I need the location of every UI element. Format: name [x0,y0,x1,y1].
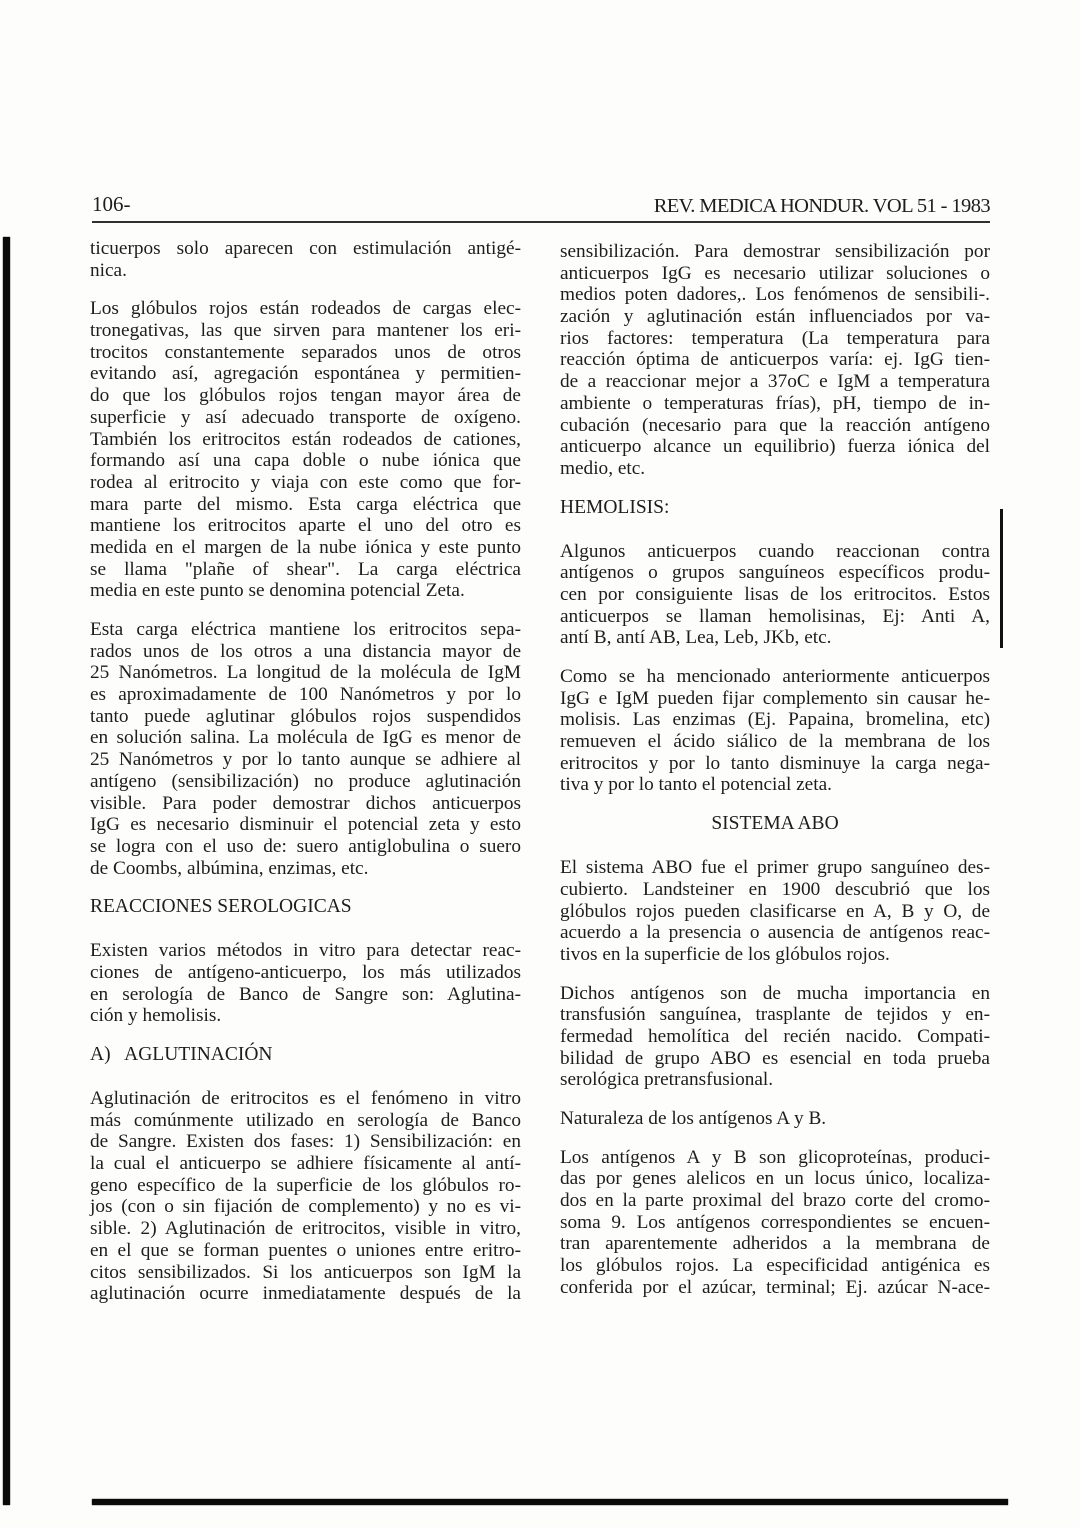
text-line: glóbulos rojos pueden clasificarse en A,… [560,901,990,923]
text-line: ciones de antígeno-anticuerpo, los más u… [90,962,521,984]
text-line: Algunos anticuerpos cuando reaccionan co… [560,541,990,563]
text-line: anticuerpo alcance un equilibrio) fuerza… [560,436,990,458]
text-line: más comúnmente utilizado en serología de… [90,1110,521,1132]
text-line: fermedad hemolítica del recién nacido. C… [560,1026,990,1048]
text-line: rios factores: temperatura (La temperatu… [560,328,990,350]
text-line: mantiene los eritrocitos aparte el uno d… [90,515,521,537]
text-line: ticuerpos solo aparecen con estimulación… [90,238,521,260]
text-line: zación y aglutinación están influenciado… [560,306,990,328]
text-line: en solución salina. La molécula de IgG e… [90,727,521,749]
text-line: remueven el ácido siálico de la membrana… [560,731,990,753]
text-line: de a reaccionar mejor a 37oC e IgM a tem… [560,371,990,393]
text-line: geno específico de la superficie de los … [90,1175,521,1197]
text-line: tronegativas, las que sirven para manten… [90,320,521,342]
text-line: reacción óptima de anticuerpos varía: ej… [560,349,990,371]
text-line: medios poten dadores,. Los fenómenos de … [560,284,990,306]
text-line: visible. Para poder demostrar dichos ant… [90,793,521,815]
text-line: es aproximadamente de 100 Nanómetros y p… [90,684,521,706]
text-line: rados unos de los otros a una distancia … [90,641,521,663]
text-line: serológica pretransfusional. [560,1069,990,1091]
text-line: antí B, antí AB, Lea, Leb, JKb, etc. [560,627,990,649]
paragraph: Existen varios métodos in vitro para det… [90,940,521,1027]
scan-artifact-bottom-edge [92,1499,1008,1505]
text-line: molisis. Las enzimas (Ej. Papaina, brome… [560,709,990,731]
text-line: la cual el anticuerpo se adhiere físicam… [90,1153,521,1175]
text-line: También los eritrocitos están rodeados d… [90,429,521,451]
text-line: cubación (necesario para que la reacción… [560,415,990,437]
document-page: 106- REV. MEDICA HONDUR. VOL 51 - 1983 t… [0,0,1080,1528]
text-line: eritrocitos y por lo tanto disminuye la … [560,753,990,775]
paragraph: Aglutinación de eritrocitos es el fenóme… [90,1088,521,1305]
text-line: 25 Nanómetros. La longitud de la molécul… [90,662,521,684]
section-heading-sistema-abo: SISTEMA ABO [560,813,990,835]
text-line: de Coombs, albúmina, enzimas, etc. [90,858,521,880]
section-heading-a-aglutinaci-n: A) AGLUTINACIÓN [90,1044,521,1066]
paragraph: Naturaleza de los antígenos A y B. [560,1108,990,1130]
page-number: 106- [92,192,131,216]
text-line: evitando así, agregación espontánea y pe… [90,363,521,385]
paragraph: Algunos anticuerpos cuando reaccionan co… [560,541,990,649]
paragraph: Dichos antígenos son de mucha importanci… [560,983,990,1091]
paragraph: El sistema ABO fue el primer grupo sangu… [560,857,990,965]
text-line: Como se ha mencionado anteriormente anti… [560,666,990,688]
text-line: Aglutinación de eritrocitos es el fenóme… [90,1088,521,1110]
paragraph: Como se ha mencionado anteriormente anti… [560,666,990,796]
text-line: citos sensibilizados. Si los anticuerpos… [90,1262,521,1284]
text-line: cubierto. Landsteiner en 1900 descubrió … [560,879,990,901]
text-line: bilidad de grupo ABO es esencial en toda… [560,1048,990,1070]
text-line: superficie y así adecuado transporte de … [90,407,521,429]
text-line: tiva y por lo tanto el potencial zeta. [560,774,990,796]
section-heading-reacciones-serologicas: REACCIONES SEROLOGICAS [90,896,521,918]
text-line: antígenos o grupos sanguíneos específico… [560,562,990,584]
text-line: ción y hemolisis. [90,1005,521,1027]
paragraph: Esta carga eléctrica mantiene los eritro… [90,619,521,879]
text-line: medio, etc. [560,458,990,480]
paragraph: sensibilización. Para demostrar sensibil… [560,241,990,480]
text-line: IgG e IgM pueden fijar complemento sin c… [560,688,990,710]
text-line: antígeno (sensibilización) no produce ag… [90,771,521,793]
text-line: anticuerpos IgG es necesario utilizar so… [560,263,990,285]
text-line: rodea al eritrocito y viaja con este com… [90,472,521,494]
section-heading-hemolisis: HEMOLISIS: [560,497,990,519]
text-line: Naturaleza de los antígenos A y B. [560,1108,990,1130]
text-line: los glóbulos rojos. La especificidad ant… [560,1255,990,1277]
text-line: nica. [90,260,521,282]
paragraph: Los glóbulos rojos están rodeados de car… [90,298,521,602]
scan-artifact-left-edge [3,237,10,1505]
text-line: trocitos constantemente separados unos d… [90,342,521,364]
text-line: IgG es necesario disminuir el potencial … [90,814,521,836]
left-column: ticuerpos solo aparecen con estimulación… [90,238,521,1322]
text-line: tivos en la superficie de los glóbulos r… [560,944,990,966]
text-line: acuerdo a la presencia o ausencia de ant… [560,922,990,944]
text-line: dos en la parte proximal del brazo corte… [560,1190,990,1212]
scan-artifact-right-margin-line [1000,509,1003,648]
text-line: de Sangre. Existen dos fases: 1) Sensibi… [90,1131,521,1153]
text-line: sensibilización. Para demostrar sensibil… [560,241,990,263]
right-column: sensibilización. Para demostrar sensibil… [560,241,990,1316]
text-line: Existen varios métodos in vitro para det… [90,940,521,962]
text-line: ambiente o temperaturas frías), pH, tiem… [560,393,990,415]
text-line: en serología de Banco de Sangre son: Agl… [90,984,521,1006]
paragraph: ticuerpos solo aparecen con estimulación… [90,238,521,281]
text-line: transfusión sanguínea, trasplante de tej… [560,1004,990,1026]
text-line: media en este punto se denomina potencia… [90,580,521,602]
text-line: cen por consiguiente lisas de los eritro… [560,584,990,606]
text-line: mara parte del mismo. Esta carga eléctri… [90,494,521,516]
text-line: tanto puede aglutinar glóbulos rojos sus… [90,706,521,728]
text-line: formando así una capa doble o nube iónic… [90,450,521,472]
text-line: das por genes alelicos en un locus único… [560,1168,990,1190]
text-line: se logra con el uso de: suero antiglobul… [90,836,521,858]
text-line: tran aparentemente adheridos a la membra… [560,1233,990,1255]
text-line: aglutinación ocurre inmediatamente despu… [90,1283,521,1305]
text-line: 25 Nanómetros y por lo tanto aunque se a… [90,749,521,771]
text-line: do que los glóbulos rojos tengan mayor á… [90,385,521,407]
text-line: conferida por el azúcar, terminal; Ej. a… [560,1277,990,1299]
text-line: jos (con o sin fijación de complemento) … [90,1196,521,1218]
text-line: Dichos antígenos son de mucha importanci… [560,983,990,1005]
text-line: Los antígenos A y B son glicoproteínas, … [560,1147,990,1169]
text-line: anticuerpos se llaman hemolisinas, Ej: A… [560,606,990,628]
paragraph: Los antígenos A y B son glicoproteínas, … [560,1147,990,1299]
text-line: medida en el margen de la nube iónica y … [90,537,521,559]
text-line: Esta carga eléctrica mantiene los eritro… [90,619,521,641]
journal-header-title: REV. MEDICA HONDUR. VOL 51 - 1983 [654,194,990,218]
text-line: sible. 2) Aglutinación de eritrocitos, v… [90,1218,521,1240]
text-line: en el que se forman puentes o uniones en… [90,1240,521,1262]
header-rule [92,221,990,223]
text-line: soma 9. Los antígenos correspondientes s… [560,1212,990,1234]
text-line: El sistema ABO fue el primer grupo sangu… [560,857,990,879]
text-line: se llama "plañe of shear". La carga eléc… [90,559,521,581]
text-line: Los glóbulos rojos están rodeados de car… [90,298,521,320]
